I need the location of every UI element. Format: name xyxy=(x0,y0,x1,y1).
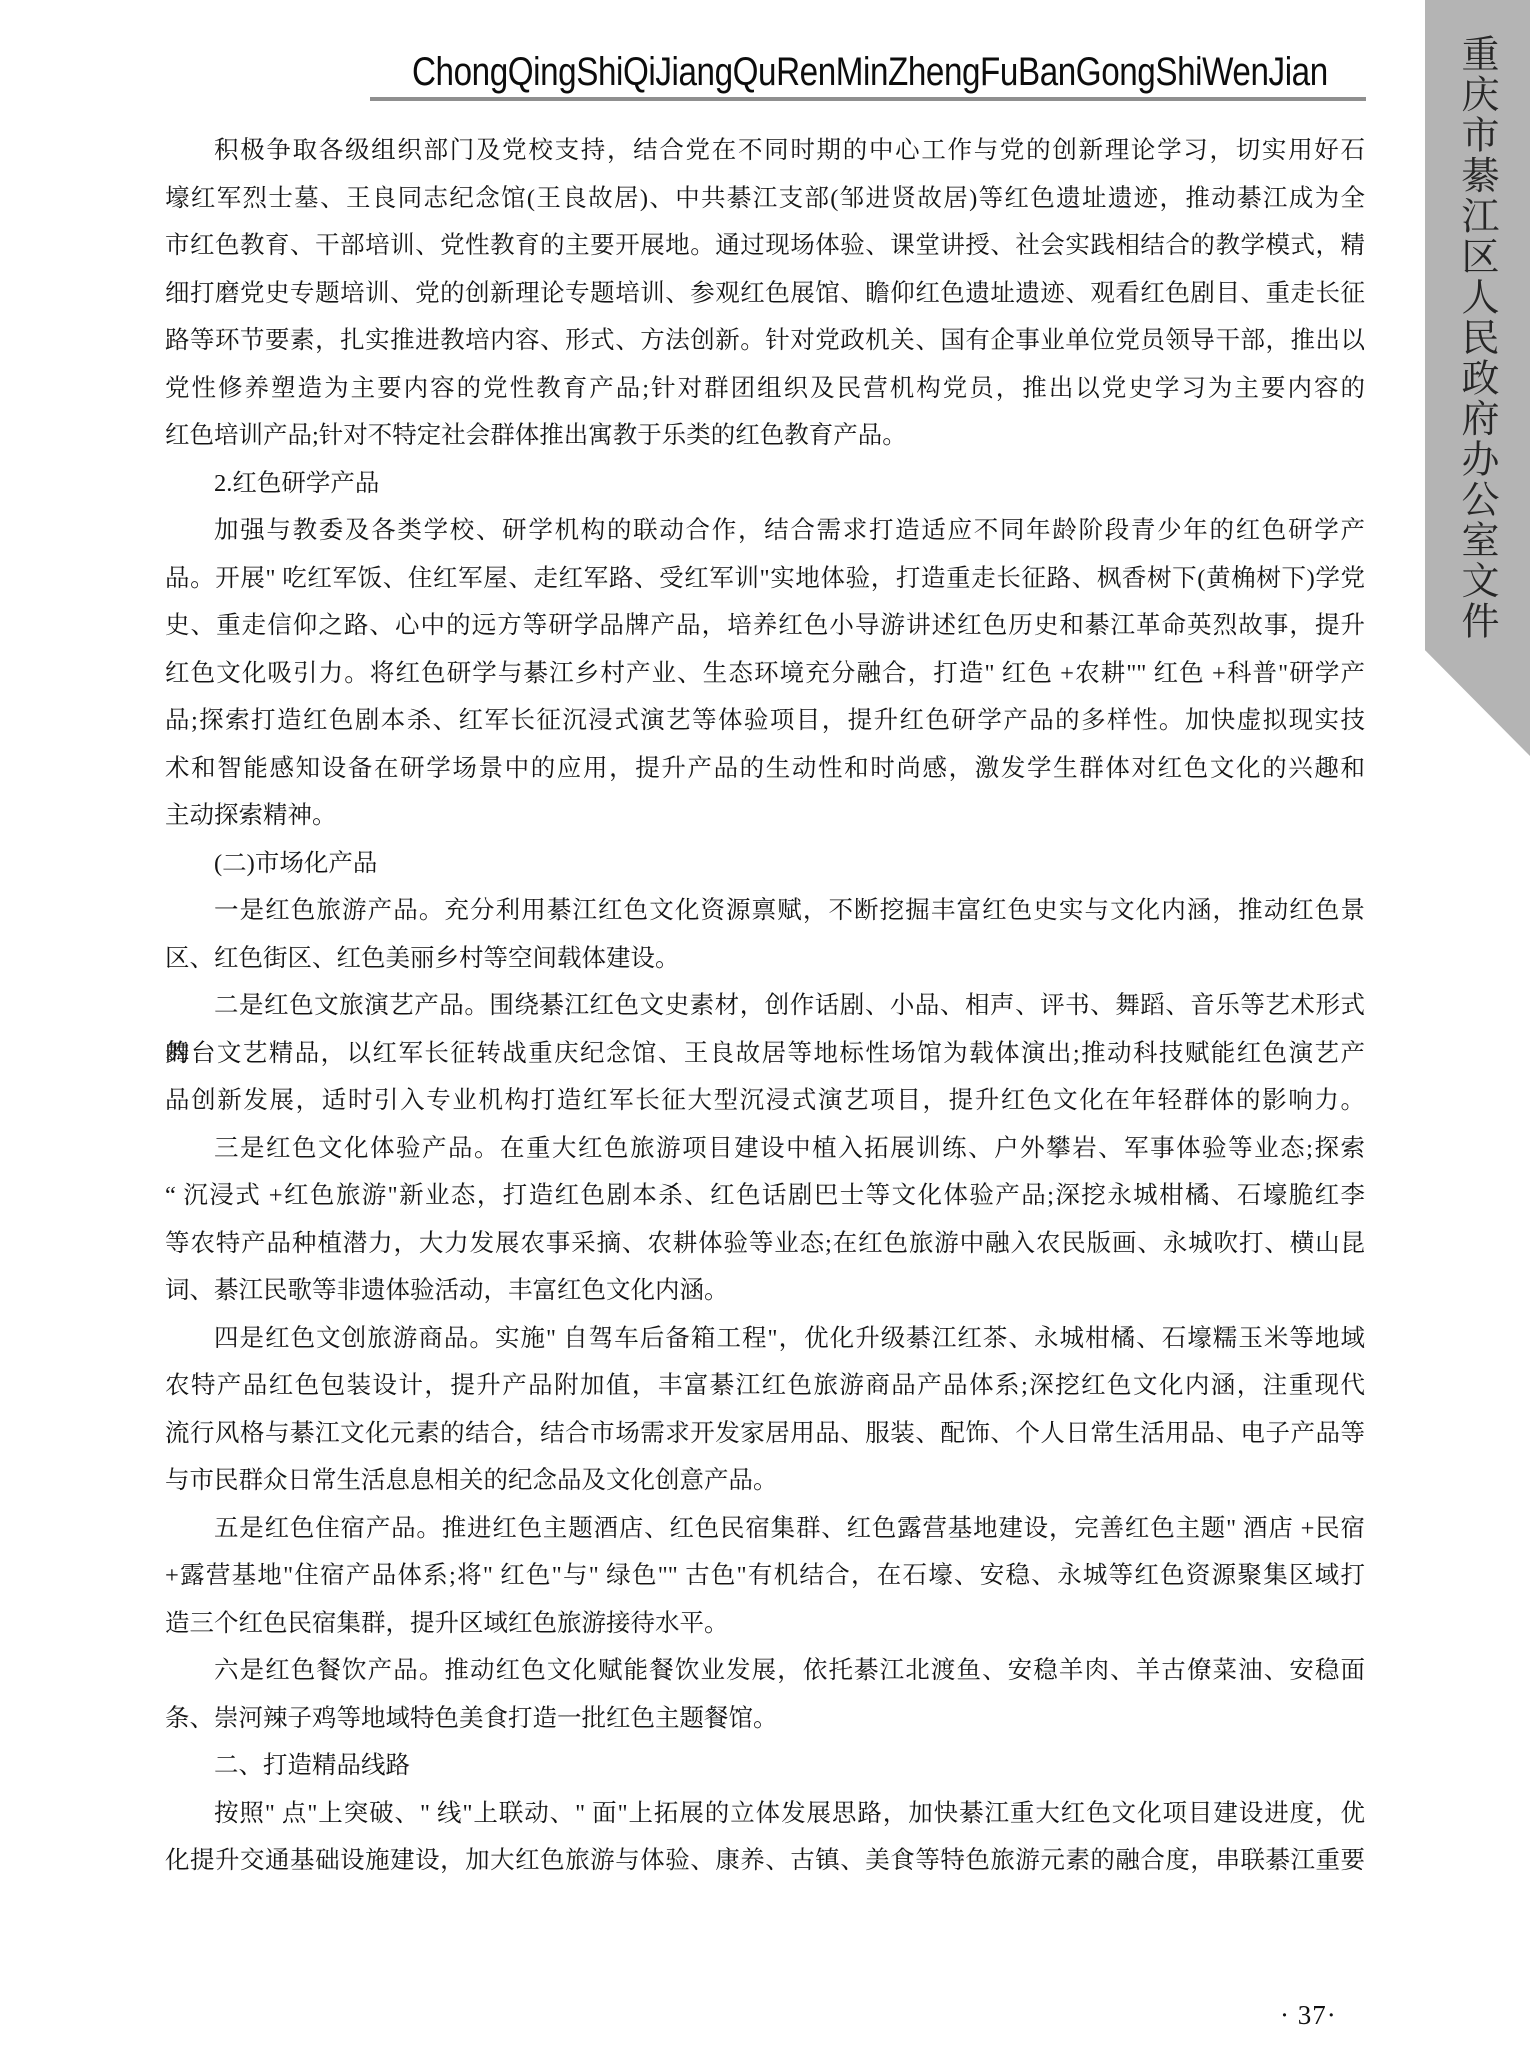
ribbon-vertical-title: 重庆市綦江区人民政府办公室文件 xyxy=(1450,34,1505,642)
body-line: 积极争取各级组织部门及党校支持，结合党在不同时期的中心工作与党的创新理论学习，切… xyxy=(165,127,1365,175)
body-line: 二是红色文旅演艺产品。围绕綦江红色文史素材，创作话剧、小品、相声、评书、舞蹈、音… xyxy=(165,982,1365,1030)
body-line: 红色文化吸引力。将红色研学与綦江乡村产业、生态环境充分融合，打造" 红色 +农耕… xyxy=(165,650,1365,698)
body-line: 与市民群众日常生活息息相关的纪念品及文化创意产品。 xyxy=(165,1457,1365,1505)
body-line: “ 沉浸式 +红色旅游"新业态，打造红色剧本杀、红色话剧巴士等文化体验产品;深挖… xyxy=(165,1172,1365,1220)
body-line: 2.红色研学产品 xyxy=(165,460,1365,508)
body-line: 主动探索精神。 xyxy=(165,792,1365,840)
body-line: 二、打造精品线路 xyxy=(165,1742,1365,1790)
document-body: 积极争取各级组织部门及党校支持，结合党在不同时期的中心工作与党的创新理论学习，切… xyxy=(165,127,1365,1885)
body-line: +露营基地"住宿产品体系;将" 红色"与" 绿色"" 古色"有机结合，在石壕、安… xyxy=(165,1552,1365,1600)
body-line: 六是红色餐饮产品。推动红色文化赋能餐饮业发展，依托綦江北渡鱼、安稳羊肉、羊古僚菜… xyxy=(165,1647,1365,1695)
body-line: 等农特产品种植潜力，大力发展农事采摘、农耕体验等业态;在红色旅游中融入农民版画、… xyxy=(165,1220,1365,1268)
page-number: · 37· xyxy=(1280,2000,1337,2031)
body-line: 一是红色旅游产品。充分利用綦江红色文化资源禀赋，不断挖掘丰富红色史实与文化内涵，… xyxy=(165,887,1365,935)
document-page: ChongQingShiQiJiangQuRenMinZhengFuBanGon… xyxy=(0,0,1530,2062)
body-line: 品创新发展，适时引入专业机构打造红军长征大型沉浸式演艺项目，提升红色文化在年轻群… xyxy=(165,1077,1365,1125)
body-line: (二)市场化产品 xyxy=(165,840,1365,888)
page-header-title: ChongQingShiQiJiangQuRenMinZhengFuBanGon… xyxy=(412,50,1328,95)
body-line: 农特产品红色包装设计，提升产品附加值，丰富綦江红色旅游商品产品体系;深挖红色文化… xyxy=(165,1362,1365,1410)
body-line: 市红色教育、干部培训、党性教育的主要开展地。通过现场体验、课堂讲授、社会实践相结… xyxy=(165,222,1365,270)
body-line: 细打磨党史专题培训、党的创新理论专题培训、参观红色展馆、瞻仰红色遗址遗迹、观看红… xyxy=(165,270,1365,318)
body-line: 化提升交通基础设施建设，加大红色旅游与体验、康养、古镇、美食等特色旅游元素的融合… xyxy=(165,1837,1365,1885)
body-line: 四是红色文创旅游商品。实施" 自驾车后备箱工程"，优化升级綦江红茶、永城柑橘、石… xyxy=(165,1315,1365,1363)
body-line: 红色培训产品;针对不特定社会群体推出寓教于乐类的红色教育产品。 xyxy=(165,412,1365,460)
body-line: 路等环节要素，扎实推进教培内容、形式、方法创新。针对党政机关、国有企事业单位党员… xyxy=(165,317,1365,365)
body-line: 流行风格与綦江文化元素的结合，结合市场需求开发家居用品、服装、配饰、个人日常生活… xyxy=(165,1410,1365,1458)
body-line: 舞台文艺精品，以红军长征转战重庆纪念馆、王良故居等地标性场馆为载体演出;推动科技… xyxy=(165,1030,1365,1078)
body-line: 品。开展" 吃红军饭、住红军屋、走红军路、受红军训"实地体验，打造重走长征路、枫… xyxy=(165,555,1365,603)
body-line: 词、綦江民歌等非遗体验活动，丰富红色文化内涵。 xyxy=(165,1267,1365,1315)
body-line: 壕红军烈士墓、王良同志纪念馆(王良故居)、中共綦江支部(邹进贤故居)等红色遗址遗… xyxy=(165,175,1365,223)
official-ribbon: 重庆市綦江区人民政府办公室文件 xyxy=(1425,0,1530,756)
body-line: 党性修养塑造为主要内容的党性教育产品;针对群团组织及民营机构党员，推出以党史学习… xyxy=(165,365,1365,413)
body-line: 五是红色住宿产品。推进红色主题酒店、红色民宿集群、红色露营基地建设，完善红色主题… xyxy=(165,1505,1365,1553)
body-line: 区、红色街区、红色美丽乡村等空间载体建设。 xyxy=(165,935,1365,983)
body-line: 术和智能感知设备在研学场景中的应用，提升产品的生动性和时尚感，激发学生群体对红色… xyxy=(165,745,1365,793)
body-line: 史、重走信仰之路、心中的远方等研学品牌产品，培养红色小导游讲述红色历史和綦江革命… xyxy=(165,602,1365,650)
body-line: 加强与教委及各类学校、研学机构的联动合作，结合需求打造适应不同年龄阶段青少年的红… xyxy=(165,507,1365,555)
body-line: 按照" 点"上突破、" 线"上联动、" 面"上拓展的立体发展思路，加快綦江重大红… xyxy=(165,1790,1365,1838)
header-rule-line xyxy=(370,97,1366,101)
body-line: 条、崇河辣子鸡等地域特色美食打造一批红色主题餐馆。 xyxy=(165,1695,1365,1743)
body-line: 造三个红色民宿集群，提升区域红色旅游接待水平。 xyxy=(165,1600,1365,1648)
body-line: 品;探索打造红色剧本杀、红军长征沉浸式演艺等体验项目，提升红色研学产品的多样性。… xyxy=(165,697,1365,745)
body-line: 三是红色文化体验产品。在重大红色旅游项目建设中植入拓展训练、户外攀岩、军事体验等… xyxy=(165,1125,1365,1173)
